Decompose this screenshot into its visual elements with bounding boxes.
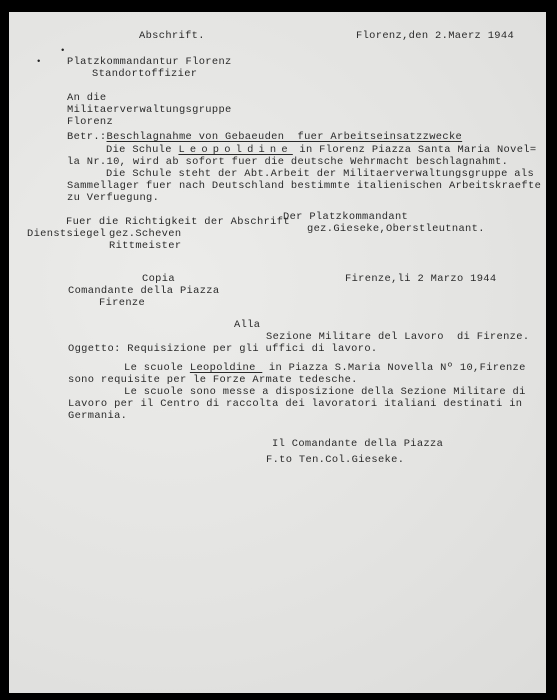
italian-signatory-name: F.to Ten.Col.Gieseke. [266,454,404,466]
para-text: in Piazza S.Maria Novella Nº 10,Firenze [262,362,525,374]
subject-label: Betr.: [67,131,107,143]
italian-para2-line2: Lavoro per il Centro di raccolta dei lav… [68,398,522,410]
italian-para2-line1: Le scuole sono messe a disposizione dell… [124,386,526,398]
german-para1-line2: la Nr.10, wird ab sofort fuer die deutsc… [67,156,508,168]
german-signatory-name: gez.Gieseke,Oberstleutnant. [307,223,485,235]
german-para2-line2: Sammellager fuer nach Deutschland bestim… [67,180,541,192]
italian-para1-line2: sono requisite per le Forze Armate tedes… [68,374,358,386]
certifier-name: gez.Scheven [109,228,181,240]
italian-heading: Copia [142,273,175,285]
german-recipient-line2: Militaerverwaltungsgruppe [67,104,232,116]
italian-sender-line2: Firenze [99,297,145,309]
para-text: Le scuole [124,362,190,374]
italian-para2-line3: Germania. [68,410,127,422]
german-recipient-line1: An die [67,92,107,104]
certification-text: Fuer die Richtigkeit der Abschrift [66,216,290,228]
subject-text: Beschlagnahme von Gebaeuden fuer Arbeits… [107,131,463,143]
german-subject: Betr.:Beschlagnahme von Gebaeuden fuer A… [67,131,462,143]
school-name: Leopoldine [190,362,262,374]
italian-signatory-title: Il Comandante della Piazza [272,438,443,450]
german-signatory-title: Der Platzkommandant [283,211,408,223]
ink-mark: • [60,46,65,56]
certifier-rank: Rittmeister [109,240,181,252]
italian-date: Firenze,li 2 Marzo 1944 [345,273,496,285]
german-para2-line1: Die Schule steht der Abt.Arbeit der Mili… [106,168,534,180]
german-para1-line1: Die Schule Leopoldine in Florenz Piazza … [106,144,536,156]
document-page: • • Abschrift. Florenz,den 2.Maerz 1944 … [9,12,546,693]
german-heading: Abschrift. [139,30,205,42]
italian-sender-line1: Comandante della Piazza [68,285,219,297]
german-sender-line2: Standortoffizier [92,68,197,80]
german-recipient-line3: Florenz [67,116,113,128]
school-name: Leopoldine [178,144,292,156]
italian-recipient-line1: Alla [234,319,260,331]
german-sender-line1: Platzkommandantur Florenz [67,56,232,68]
italian-recipient-line2: Sezione Militare del Lavoro di Firenze. [266,331,529,343]
ink-mark: • [36,57,41,67]
german-para2-line3: zu Verfuegung. [67,192,159,204]
italian-subject: Oggetto: Requisizione per gli uffici di … [68,343,378,355]
german-date: Florenz,den 2.Maerz 1944 [356,30,514,42]
seal-label: Dienstsiegel [27,228,106,240]
para-text: Die Schule [106,144,178,156]
italian-para1-line1: Le scuole Leopoldine in Piazza S.Maria N… [124,362,526,374]
para-text: in Florenz Piazza Santa Maria Novel= [293,144,537,156]
